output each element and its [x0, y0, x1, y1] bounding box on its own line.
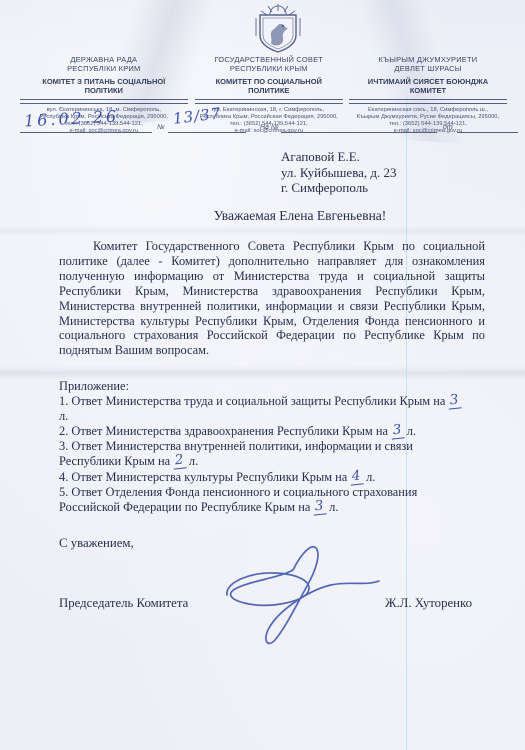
handwritten-page-count: 4 [350, 468, 364, 485]
attachment-item: 2. Ответ Министерства здравоохранения Ре… [59, 424, 489, 440]
from-date-underline [457, 131, 518, 133]
body-line: социального страхования Российской Федер… [59, 328, 485, 343]
org-name: ГОСУДАРСТВЕННЫЙ СОВЕТ РЕСПУБЛИКИ КРЫМ [214, 55, 323, 73]
attachment-item: 4. Ответ Министерства культуры Республик… [59, 470, 489, 486]
attachment-item: 3. Ответ Министерства внутренней политик… [59, 439, 489, 469]
divider-rule [349, 99, 506, 104]
salutation: Уважаемая Елена Евгеньевна! [140, 208, 460, 224]
body-line: Министерства культуры Республики Крым, О… [59, 314, 485, 329]
attachment-text: л. [404, 424, 416, 438]
attachment-item-line: 1. Ответ Министерства труда и социальной… [59, 394, 489, 410]
attachment-item-line: Российской Федерации по Республике Крым … [59, 500, 489, 516]
body-paragraph: Комитет Государственного Совета Республи… [59, 239, 485, 358]
attachment-text: л. [186, 454, 198, 468]
number-sign-label: № [157, 124, 165, 131]
body-line: политике (далее - Комитет) дополнительно… [59, 254, 485, 269]
attachment-item-line: 2. Ответ Министерства здравоохранения Ре… [59, 424, 489, 440]
closing-phrase: С уважением, [59, 536, 134, 551]
crimea-coat-of-arms-icon [247, 2, 309, 54]
reference-line: 16.02.26 № 13/37 На № от [0, 112, 525, 140]
committee-name: КОМІТЕТ З ПИТАНЬ СОЦІАЛЬНОЇ ПОЛІТИКИ [42, 77, 165, 95]
attachment-text: 5. Ответ Отделения Фонда пенсионного и с… [59, 485, 417, 499]
recipient-block: Агаповой Е.Е. ул. Куйбышева, д. 23 г. Си… [281, 149, 397, 196]
attachment-text: л. [59, 409, 68, 423]
org-name: ДЕРЖАВНА РАДА РЕСПУБЛІКИ КРИМ [67, 55, 140, 73]
recipient-street: ул. Куйбышева, д. 23 [281, 165, 397, 181]
body-line: Республики Крым, Министерства здравоохра… [59, 284, 485, 299]
handwritten-page-count: 2 [172, 452, 186, 469]
signature-scribble-icon [213, 540, 388, 652]
signer-role: Председатель Комитета [59, 596, 188, 611]
attachment-item-line: Республики Крым на 2 л. [59, 454, 489, 470]
org-name: КЪЫРЫМ ДЖУМХУРИЕТИ ДЕВЛЕТ ШУРАСЫ [379, 55, 478, 73]
handwritten-page-count: 3 [448, 392, 462, 409]
attachment-title: Приложение: [59, 379, 489, 394]
body-line: Министерства внутренней политики, информ… [59, 299, 485, 314]
attachment-text: 4. Ответ Министерства культуры Республик… [59, 470, 350, 484]
recipient-city: г. Симферополь [281, 180, 397, 196]
attachment-item: 5. Ответ Отделения Фонда пенсионного и с… [59, 485, 489, 515]
recipient-name: Агаповой Е.Е. [281, 149, 397, 165]
body-line: поднятым Вашим вопросам. [59, 343, 485, 358]
in-reply-to-label: На № [260, 124, 278, 131]
handwritten-date: 16.02.26 [24, 107, 120, 131]
date-underline [20, 131, 152, 133]
committee-name: ИЧТИМАИЙ СИЯСЕТ БОЮНДЖА КОМИТЕТ [368, 77, 488, 95]
handwritten-page-count: 3 [390, 422, 404, 439]
attachment-item-line: 3. Ответ Министерства внутренней политик… [59, 439, 489, 454]
attachment-text: 1. Ответ Министерства труда и социальной… [59, 394, 448, 408]
scan-crease [0, 226, 525, 236]
scanned-letter-page: ДЕРЖАВНА РАДА РЕСПУБЛІКИ КРИМ КОМІТЕТ З … [0, 0, 525, 750]
committee-name: КОМИТЕТ ПО СОЦИАЛЬНОЙ ПОЛИТИКЕ [216, 77, 322, 95]
attachment-item-line: л. [59, 409, 489, 424]
number-underline [168, 131, 246, 133]
body-line: Комитет Государственного Совета Республи… [59, 239, 485, 254]
signer-name: Ж.Л. Хуторенко [385, 596, 472, 611]
attachment-text: 2. Ответ Министерства здравоохранения Ре… [59, 424, 391, 438]
handwritten-page-count: 3 [313, 498, 327, 515]
attachment-section: Приложение: 1. Ответ Министерства труда … [59, 379, 489, 515]
attachment-text: 3. Ответ Министерства внутренней политик… [59, 439, 413, 453]
attachment-list: 1. Ответ Министерства труда и социальной… [59, 394, 489, 516]
attachment-text: л. [363, 470, 375, 484]
body-line: полученную информацию от Министерства тр… [59, 269, 485, 284]
attachment-text: Российской Федерации по Республике Крым … [59, 500, 313, 514]
attachment-text: Республики Крым на [59, 454, 173, 468]
attachment-item: 1. Ответ Министерства труда и социальной… [59, 394, 489, 424]
divider-rule [195, 99, 343, 104]
scan-crease [0, 366, 525, 380]
from-date-label: от [443, 124, 453, 131]
divider-rule [20, 99, 189, 104]
attachment-item-line: 5. Ответ Отделения Фонда пенсионного и с… [59, 485, 489, 500]
attachment-text: л. [326, 500, 338, 514]
attachment-item-line: 4. Ответ Министерства культуры Республик… [59, 470, 489, 486]
in-reply-to-underline [281, 131, 437, 133]
